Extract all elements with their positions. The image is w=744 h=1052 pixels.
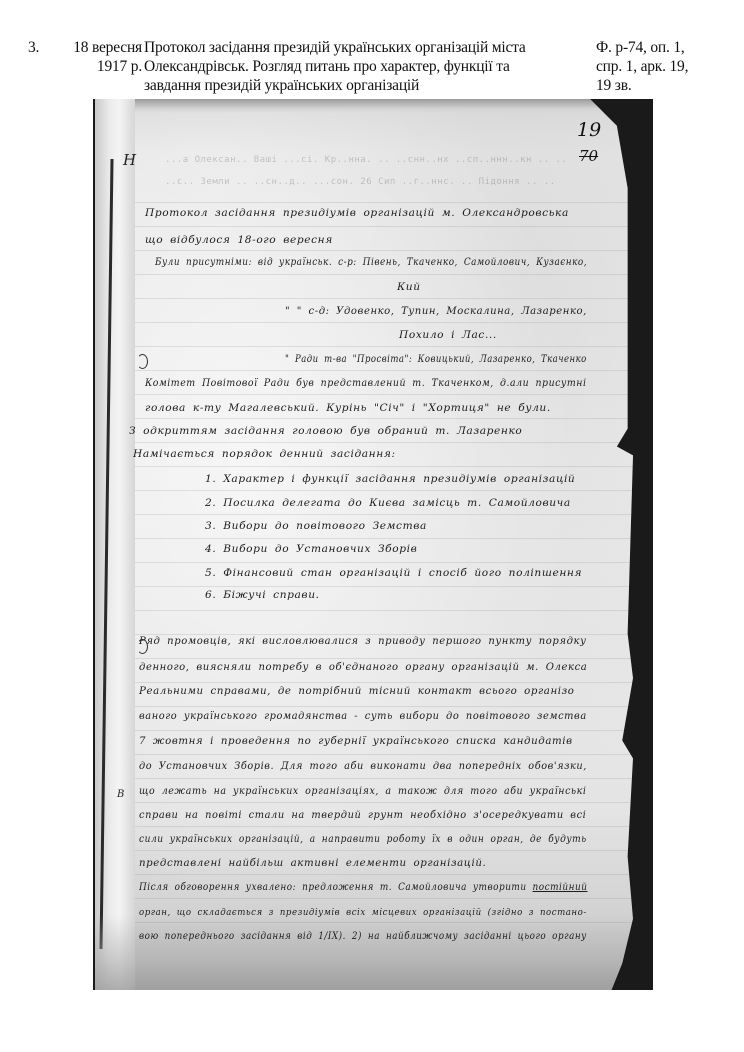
entry-title-line: Олександрівськ. Розгляд питань про харак… — [144, 57, 594, 76]
body-line: що лежать на українських організаціях, а… — [139, 786, 586, 797]
body-line-text: Після обговорення ухвалено: предложення … — [139, 882, 527, 893]
bleed-through-text: ...a Олексан.. Ваші ...сі. Кр..нна. .. .… — [165, 155, 567, 165]
agenda-item: 2. Посилка делегата до Києва замісць т. … — [205, 497, 571, 509]
manuscript-line: Комітет Повітової Ради був представлений… — [145, 378, 587, 389]
archive-reference: Ф. р-74, оп. 1, спр. 1, арк. 19, 19 зв. — [596, 38, 736, 95]
entry-number: 3. — [28, 38, 52, 57]
body-line: орган, що складається з президіумів всіх… — [139, 907, 587, 918]
entry-title-line: Протокол засідання президій українських … — [144, 38, 594, 57]
bleed-through-text: ..с.. Земли .. ..сн..д.. ...сон. 26 Сип … — [165, 177, 556, 187]
catalogue-entry: 3. 18 вересня 1917 р. Протокол засідання… — [0, 38, 744, 98]
manuscript-line: " Ради т-ва "Просвіта": Ковицький, Лазар… — [285, 353, 587, 365]
archive-reference-line: 19 зв. — [596, 76, 736, 95]
paper-sheet: H B 19 70 ...a Олексан.. Ваші ...сі. Кр.… — [95, 99, 633, 990]
entry-date-day: 18 вересня — [52, 38, 142, 57]
agenda-item: 1. Характер і функції засідання президіу… — [205, 473, 575, 485]
bottom-wear — [95, 915, 635, 990]
underlined-word: постійний — [533, 882, 588, 893]
archive-reference-line: Ф. р-74, оп. 1, — [596, 38, 736, 57]
body-line: ваного українського громадянства - суть … — [139, 711, 587, 722]
folio-old-number: 70 — [579, 147, 598, 165]
manuscript-line: що відбулося 18-ого вересня — [145, 234, 333, 246]
agenda-item: 3. Вибори до повітового Земства — [205, 520, 427, 532]
body-line: Після обговорення ухвалено: предложення … — [139, 882, 587, 893]
agenda-item: 5. Фінансовий стан організацій і спосіб … — [205, 567, 582, 579]
manuscript-line: Похило і Лас... — [399, 329, 497, 341]
body-line: вою попереднього засідання від 1/IX). 2)… — [139, 931, 587, 942]
manuscript-line: Кий — [397, 281, 421, 293]
manuscript-line: голова к-ту Магалевський. Курінь "Січ" і… — [145, 402, 551, 414]
body-line: Ряд промовців, які висловлювалися з прив… — [139, 636, 586, 647]
manuscript-line: " " с-д: Удовенко, Тупин, Москалина, Лаз… — [285, 305, 587, 317]
manuscript-line: Були присутніми: від українськ. с-р: Пів… — [155, 257, 587, 268]
body-line: Реальними справами, де потрібний тісний … — [139, 686, 575, 697]
body-line: 7 жовтня і проведення по губернії україн… — [139, 736, 573, 747]
body-line: денного, виясняли потребу в об'єднаного … — [139, 662, 587, 673]
entry-date: 18 вересня 1917 р. — [52, 38, 142, 76]
body-line: справи на повіті стали на твердий грунт … — [139, 810, 586, 821]
manuscript-scan: H B 19 70 ...a Олексан.. Ваші ...сі. Кр.… — [93, 99, 653, 990]
manuscript-line: Намічається порядок денний засідання: — [133, 448, 396, 460]
manuscript-line: Протокол засідання президіумів організац… — [145, 207, 569, 219]
entry-title-line: завдання президій українських організаці… — [144, 76, 594, 95]
entry-date-year: 1917 р. — [52, 57, 142, 76]
agenda-item: 6. Біжучі справи. — [205, 589, 320, 601]
punch-hole-icon — [137, 354, 148, 369]
top-fold-shadow — [95, 99, 635, 113]
folio-number: 19 — [577, 119, 601, 141]
archive-reference-line: спр. 1, арк. 19, — [596, 57, 736, 76]
agenda-item: 4. Вибори до Установчих Зборів — [205, 543, 417, 555]
entry-title: Протокол засідання президій українських … — [144, 38, 594, 95]
margin-mark-bottom: B — [117, 789, 124, 800]
body-line: до Установчих Зборів. Для того аби викон… — [139, 761, 587, 772]
margin-mark-top: H — [123, 151, 136, 169]
body-line: сили українських організацій, а направит… — [139, 834, 587, 845]
body-line: представлені найбільш активні елементи о… — [139, 858, 486, 869]
manuscript-line: З одкриттям засідання головою був обрани… — [129, 425, 522, 437]
